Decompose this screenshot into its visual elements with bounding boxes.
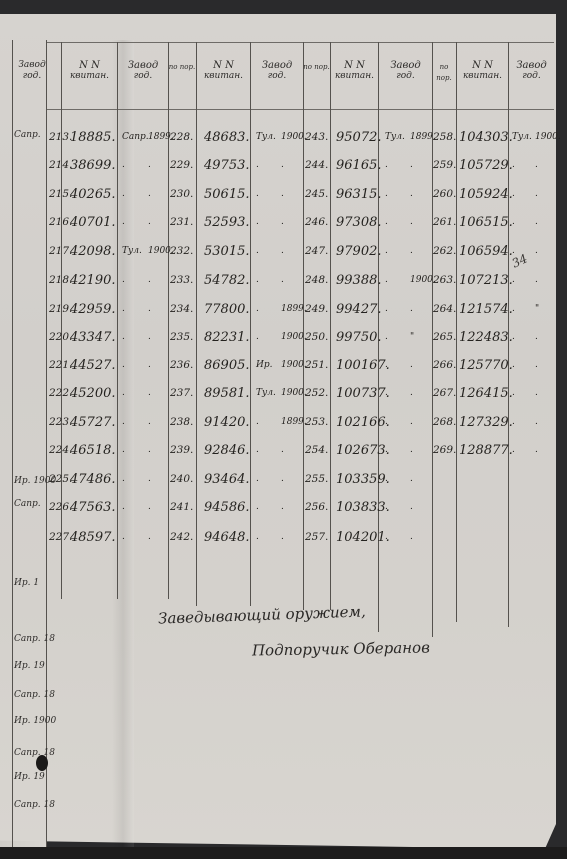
row-order-number: 254. — [305, 444, 328, 456]
margin-entry: Ир. 19 — [14, 772, 45, 782]
year: 1900. — [410, 275, 436, 285]
year: . — [410, 417, 413, 427]
receipt-number: 94586. — [204, 500, 250, 515]
row-order-number: 269. — [433, 444, 456, 456]
factory: . — [256, 217, 259, 227]
row-order-number: 215. — [49, 188, 72, 200]
row-order-number: 231. — [170, 216, 193, 228]
receipt-number: 53015. — [204, 244, 250, 259]
factory: . — [122, 160, 125, 170]
margin-entry: Сапр. 18 — [14, 748, 55, 758]
year: . — [535, 160, 538, 170]
header-number-3: N N квитан. — [331, 60, 378, 82]
year: . — [410, 217, 413, 227]
year: 1899. — [410, 132, 436, 142]
year: . — [148, 388, 151, 398]
year: . — [410, 189, 413, 199]
factory: . — [122, 445, 125, 455]
header-nn: N N — [457, 60, 508, 71]
factory: . — [256, 502, 259, 512]
row-order-number: 257. — [305, 531, 328, 543]
receipt-number: 49753. — [204, 158, 250, 173]
receipt-number: 42959. — [70, 302, 116, 317]
row-order-number: 217. — [49, 245, 72, 257]
year: . — [410, 388, 413, 398]
factory: . — [512, 304, 515, 314]
factory: . — [512, 388, 515, 398]
factory: . — [385, 275, 388, 285]
factory: . — [385, 217, 388, 227]
receipt-number: 42190. — [70, 273, 116, 288]
receipt-number: 102166. — [336, 415, 390, 430]
factory: Тул. — [256, 132, 276, 142]
header-order-4: по пор. — [432, 62, 456, 84]
year: 1900. — [281, 332, 307, 342]
row-order-number: 245. — [305, 188, 328, 200]
row-order-number: 253. — [305, 416, 328, 428]
factory: . — [122, 388, 125, 398]
signature-name: Подпоручик Оберанов — [252, 638, 430, 659]
receipt-number: 105729. — [459, 158, 513, 173]
row-order-number: 220. — [49, 331, 72, 343]
row-order-number: 218. — [49, 274, 72, 286]
receipt-number: 122483. — [459, 330, 513, 345]
year: . — [281, 502, 284, 512]
receipt-number: 103833. — [336, 500, 390, 515]
row-order-number: 230. — [170, 188, 193, 200]
row-order-number: 222. — [49, 387, 72, 399]
receipt-number: 48597. — [70, 530, 116, 545]
row-order-number: 250. — [305, 331, 328, 343]
row-order-number: 219. — [49, 303, 72, 315]
factory: . — [256, 246, 259, 256]
factory: . — [256, 474, 259, 484]
year: . — [410, 474, 413, 484]
year: 1899. — [281, 304, 307, 314]
header-top-rule — [46, 42, 554, 43]
header-number-word: квитан. — [463, 71, 502, 81]
row-order-number: 262. — [433, 245, 456, 257]
receipt-number: 94648. — [204, 530, 250, 545]
year: 1900. — [535, 132, 561, 142]
header-number-2: N N квитан. — [197, 60, 250, 82]
year: . — [535, 217, 538, 227]
receipt-number: 89581. — [204, 386, 250, 401]
factory: . — [256, 532, 259, 542]
receipt-number: 97902. — [336, 244, 382, 259]
factory: . — [512, 445, 515, 455]
header-year: год. — [268, 71, 287, 81]
header-number-4: N N квитан. — [457, 60, 508, 82]
header-number-word: квитан. — [335, 71, 374, 81]
factory: . — [256, 304, 259, 314]
receipt-number: 121574. — [459, 302, 513, 317]
row-order-number: 266. — [433, 359, 456, 371]
factory: . — [122, 417, 125, 427]
row-order-number: 261. — [433, 216, 456, 228]
year: . — [410, 304, 413, 314]
factory: . — [512, 332, 515, 342]
header-year: год. — [522, 71, 541, 81]
row-order-number: 255. — [305, 473, 328, 485]
year: . — [535, 360, 538, 370]
factory: . — [122, 360, 125, 370]
receipt-number: 47563. — [70, 500, 116, 515]
row-order-number: 256. — [305, 501, 328, 513]
factory: . — [385, 246, 388, 256]
margin-entry: Ир. 1 — [14, 578, 39, 588]
year: " — [535, 304, 539, 314]
receipt-number: 38699. — [70, 158, 116, 173]
header-nn: N N — [62, 60, 117, 71]
margin-entry: Сапр. — [14, 130, 41, 140]
receipt-number: 126415. — [459, 386, 513, 401]
year: . — [281, 474, 284, 484]
receipt-number: 96165. — [336, 158, 382, 173]
receipt-number: 106594. — [459, 244, 513, 259]
margin-entry: Ир. 19 — [14, 661, 45, 671]
receipt-number: 46518. — [70, 443, 116, 458]
column-rule — [196, 42, 197, 606]
receipt-number: 96315. — [336, 187, 382, 202]
factory: . — [385, 360, 388, 370]
year: . — [410, 246, 413, 256]
row-order-number: 214. — [49, 159, 72, 171]
column-rule — [303, 42, 304, 610]
header-order: по пор. — [303, 63, 329, 71]
row-order-number: 259. — [433, 159, 456, 171]
factory: . — [122, 332, 125, 342]
year: . — [535, 189, 538, 199]
year: 1900. — [281, 360, 307, 370]
row-order-number: 247. — [305, 245, 328, 257]
receipt-number: 45727. — [70, 415, 116, 430]
row-order-number: 235. — [170, 331, 193, 343]
factory: . — [512, 189, 515, 199]
receipt-number: 100167. — [336, 358, 390, 373]
year: . — [148, 160, 151, 170]
header-bottom-rule — [46, 109, 554, 110]
receipt-number: 18885. — [70, 130, 116, 145]
receipt-number: 50615. — [204, 187, 250, 202]
column-rule — [46, 40, 47, 859]
margin-entry: Сапр. 18 — [14, 634, 55, 644]
year: . — [535, 332, 538, 342]
year: . — [281, 445, 284, 455]
row-order-number: 249. — [305, 303, 328, 315]
year: 1900. — [281, 388, 307, 398]
row-order-number: 236. — [170, 359, 193, 371]
header-number-word: квитан. — [204, 71, 243, 81]
factory: . — [512, 417, 515, 427]
year: . — [148, 532, 151, 542]
factory: . — [256, 445, 259, 455]
receipt-number: 99750. — [336, 330, 382, 345]
receipt-number: 47486. — [70, 472, 116, 487]
year: . — [148, 360, 151, 370]
ink-stain — [36, 755, 48, 771]
row-order-number: 260. — [433, 188, 456, 200]
receipt-number: 127329. — [459, 415, 513, 430]
row-order-number: 244. — [305, 159, 328, 171]
receipt-number: 45200. — [70, 386, 116, 401]
receipt-number: 86905. — [204, 358, 250, 373]
header-factory: Завод — [379, 60, 432, 71]
year: 1899. — [281, 417, 307, 427]
header-factory: Завод — [251, 60, 303, 71]
factory: . — [385, 304, 388, 314]
torn-bottom-edge — [0, 847, 567, 859]
factory: . — [122, 532, 125, 542]
factory: . — [512, 160, 515, 170]
header-order-2: по пор. — [168, 62, 196, 73]
factory: . — [385, 445, 388, 455]
receipt-number: 77800. — [204, 302, 250, 317]
factory: . — [256, 275, 259, 285]
header-factory-3: Завод год. — [379, 60, 432, 82]
factory: Тул. — [385, 132, 405, 142]
factory: . — [385, 474, 388, 484]
row-order-number: 242. — [170, 531, 193, 543]
row-order-number: 223. — [49, 416, 72, 428]
factory: . — [256, 160, 259, 170]
row-order-number: 246. — [305, 216, 328, 228]
column-rule — [117, 42, 118, 599]
header-factory-2: Завод год. — [251, 60, 303, 82]
row-order-number: 243. — [305, 131, 328, 143]
row-order-number: 241. — [170, 501, 193, 513]
factory: . — [385, 532, 388, 542]
row-order-number: 227. — [49, 531, 72, 543]
year: . — [410, 502, 413, 512]
year: . — [281, 275, 284, 285]
receipt-number: 43347. — [70, 330, 116, 345]
header-factory: Завод — [118, 60, 168, 71]
factory: . — [256, 332, 259, 342]
factory: Тул. — [256, 388, 276, 398]
row-order-number: 226. — [49, 501, 72, 513]
year: . — [148, 217, 151, 227]
factory: . — [256, 189, 259, 199]
row-order-number: 248. — [305, 274, 328, 286]
receipt-number: 93464. — [204, 472, 250, 487]
column-rule — [61, 42, 62, 599]
factory: . — [385, 160, 388, 170]
factory: Тул. — [122, 246, 142, 256]
receipt-number: 92846. — [204, 443, 250, 458]
row-order-number: 267. — [433, 387, 456, 399]
header-order-3: по пор. — [303, 62, 330, 73]
row-order-number: 264. — [433, 303, 456, 315]
header-text: Завод год. — [18, 60, 45, 81]
margin-entry: Сапр. — [14, 499, 41, 509]
row-order-number: 213. — [49, 131, 72, 143]
row-order-number: 232. — [170, 245, 193, 257]
margin-entry: Сапр. 18 — [14, 690, 55, 700]
factory: . — [512, 217, 515, 227]
column-rule — [330, 42, 331, 610]
year: . — [148, 474, 151, 484]
header-nn: N N — [197, 60, 250, 71]
year: " — [410, 332, 414, 342]
row-order-number: 221. — [49, 359, 72, 371]
factory: . — [385, 388, 388, 398]
row-order-number: 240. — [170, 473, 193, 485]
header-year: год. — [396, 71, 415, 81]
header-nn: N N — [331, 60, 378, 71]
receipt-number: 95072. — [336, 130, 382, 145]
factory: Сапр. — [122, 132, 149, 142]
header-number-1: N N квитан. — [62, 60, 117, 82]
receipt-number: 48683. — [204, 130, 250, 145]
factory: . — [385, 417, 388, 427]
factory: . — [385, 189, 388, 199]
receipt-number: 103359. — [336, 472, 390, 487]
receipt-number: 100737. — [336, 386, 390, 401]
year: . — [148, 417, 151, 427]
receipt-number: 97308. — [336, 215, 382, 230]
header-factory-1: Завод год. — [118, 60, 168, 82]
year: . — [535, 275, 538, 285]
receipt-number: 99427. — [336, 302, 382, 317]
receipt-number: 107213. — [459, 273, 513, 288]
year: . — [148, 304, 151, 314]
column-rule — [12, 40, 13, 859]
header-factory: Завод — [509, 60, 554, 71]
year: . — [410, 532, 413, 542]
receipt-number: 52593. — [204, 215, 250, 230]
row-order-number: 239. — [170, 444, 193, 456]
margin-entry: Сапр. 18 — [14, 800, 55, 810]
year: . — [281, 160, 284, 170]
year: . — [535, 445, 538, 455]
row-order-number: 268. — [433, 416, 456, 428]
receipt-number: 82231. — [204, 330, 250, 345]
year: . — [410, 445, 413, 455]
row-order-number: 229. — [170, 159, 193, 171]
factory: . — [385, 502, 388, 512]
year: . — [281, 189, 284, 199]
row-order-number: 224. — [49, 444, 72, 456]
column-rule — [168, 42, 169, 599]
header-margin-factory: Завод год. — [18, 60, 46, 82]
receipt-number: 54782. — [204, 273, 250, 288]
year: . — [535, 417, 538, 427]
factory: . — [385, 332, 388, 342]
year: . — [148, 332, 151, 342]
factory: . — [122, 275, 125, 285]
row-order-number: 233. — [170, 274, 193, 286]
receipt-number: 105924. — [459, 187, 513, 202]
factory: . — [256, 417, 259, 427]
factory: . — [122, 217, 125, 227]
year: . — [410, 160, 413, 170]
factory: . — [122, 474, 125, 484]
receipt-number: 106515. — [459, 215, 513, 230]
year: . — [281, 217, 284, 227]
year: . — [148, 502, 151, 512]
row-order-number: 251. — [305, 359, 328, 371]
year: . — [148, 445, 151, 455]
header-number-word: квитан. — [70, 71, 109, 81]
year: . — [148, 189, 151, 199]
row-order-number: 265. — [433, 331, 456, 343]
row-order-number: 237. — [170, 387, 193, 399]
receipt-number: 99388. — [336, 273, 382, 288]
row-order-number: 228. — [170, 131, 193, 143]
receipt-number: 91420. — [204, 415, 250, 430]
receipt-number: 104201. — [336, 530, 390, 545]
receipt-number: 40265. — [70, 187, 116, 202]
row-order-number: 238. — [170, 416, 193, 428]
factory: . — [512, 275, 515, 285]
receipt-number: 44527. — [70, 358, 116, 373]
factory: Ир. — [256, 360, 272, 370]
row-order-number: 234. — [170, 303, 193, 315]
factory: Тул. — [512, 132, 532, 142]
year: . — [281, 246, 284, 256]
year: . — [281, 532, 284, 542]
receipt-number: 128877. — [459, 443, 513, 458]
factory: . — [512, 360, 515, 370]
receipt-number: 40701. — [70, 215, 116, 230]
year: 1900. — [281, 132, 307, 142]
header-order: по пор. — [436, 63, 451, 82]
margin-entry: Ир. 1900 — [14, 476, 56, 486]
row-order-number: 252. — [305, 387, 328, 399]
year: . — [410, 360, 413, 370]
header-year: год. — [134, 71, 153, 81]
row-order-number: 216. — [49, 216, 72, 228]
year: . — [148, 275, 151, 285]
factory: . — [122, 304, 125, 314]
receipt-number: 42098. — [70, 244, 116, 259]
header-factory-4: Завод год. — [509, 60, 554, 82]
receipt-number: 125770. — [459, 358, 513, 373]
row-order-number: 258. — [433, 131, 456, 143]
margin-entry: Ир. 1900 — [14, 716, 56, 726]
receipt-number: 102673. — [336, 443, 390, 458]
receipt-number: 104303. — [459, 130, 513, 145]
row-order-number: 263. — [433, 274, 456, 286]
year: . — [535, 246, 538, 256]
column-rule — [250, 42, 251, 606]
factory: . — [122, 189, 125, 199]
header-order: по пор. — [169, 63, 195, 71]
factory: . — [122, 502, 125, 512]
year: . — [535, 388, 538, 398]
